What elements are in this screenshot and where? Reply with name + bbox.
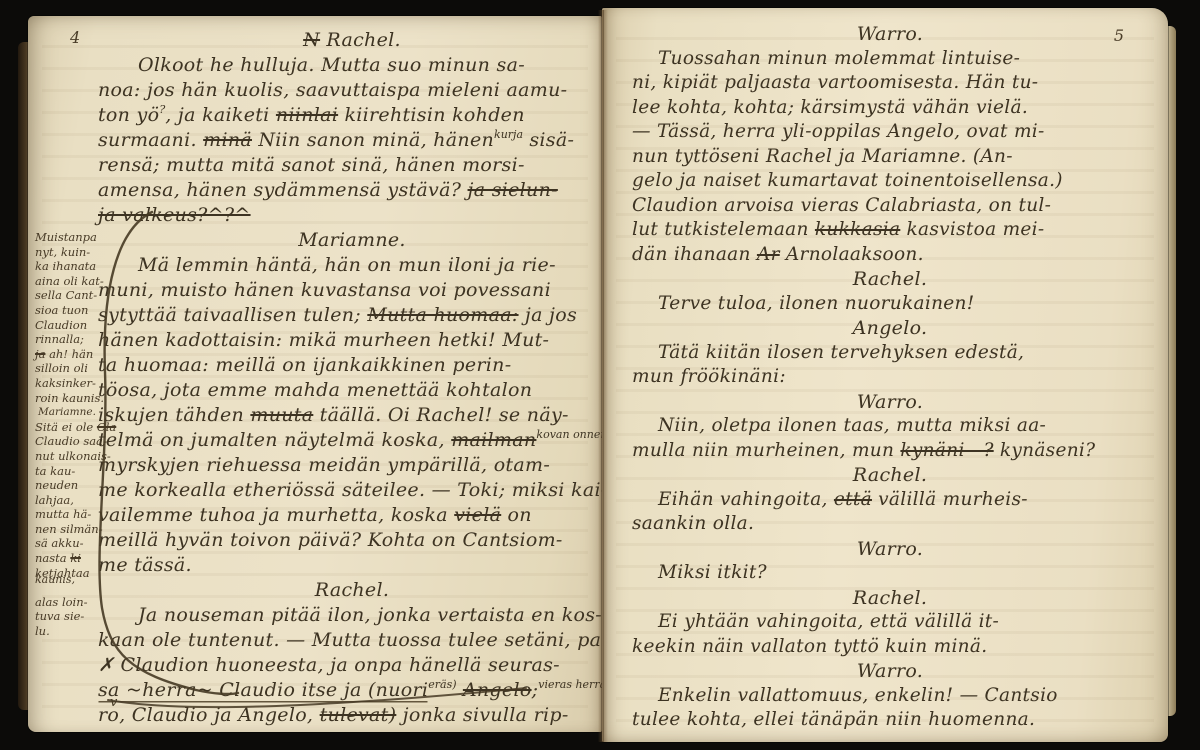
manuscript-text-line: hänen kadottaisin: mikä murheen hetki! M… bbox=[98, 328, 606, 353]
manuscript-text-line: keekin näin vallaton tyttö kuin minä. bbox=[632, 635, 1148, 660]
manuscript-book-scan: 4 Muistanpanyt, kuin-ka ihanataaina oli … bbox=[0, 0, 1200, 750]
margin-note-line: roin kaunis. bbox=[35, 391, 99, 406]
manuscript-text-line: rensä; mutta mitä sanot sinä, hänen mors… bbox=[98, 153, 606, 178]
margin-note-line: kaksinker- bbox=[35, 376, 99, 391]
margin-note-line: lu. bbox=[35, 624, 99, 639]
struck-out-text: kukkasia bbox=[815, 219, 900, 240]
manuscript-text-line: ✗ Claudion huoneesta, ja onpa hänellä se… bbox=[98, 653, 606, 678]
manuscript-text-line: Enkelin vallattomuus, enkelin! — Cantsio bbox=[632, 684, 1148, 709]
manuscript-text-line: Tätä kiitän ilosen tervehyksen edestä, bbox=[632, 341, 1148, 366]
speaker-heading: Angelo. bbox=[632, 316, 1148, 341]
manuscript-text-line: mun fröökinäni: bbox=[632, 365, 1148, 390]
margin-note-line: rinnalla; bbox=[35, 332, 99, 347]
inserted-correction-text: kovan onnen bbox=[536, 428, 607, 441]
struck-out-text: muuta bbox=[250, 404, 313, 426]
speaker-heading: Rachel. bbox=[98, 578, 606, 603]
struck-out-text: että bbox=[834, 489, 872, 510]
manuscript-text-line: Terve tuloa, ilonen nuorukainen! bbox=[632, 292, 1148, 317]
struck-out-text: ja sielun- bbox=[468, 179, 558, 201]
speaker-heading: Warro. bbox=[632, 537, 1148, 562]
struck-out-text: minä bbox=[203, 129, 252, 151]
struck-out-text: niinlai bbox=[276, 104, 338, 126]
manuscript-text-line: myrskyjen riehuessa meidän ympärillä, ot… bbox=[98, 453, 606, 478]
speaker-heading: N Rachel. bbox=[98, 28, 606, 53]
manuscript-text-line: ta huomaa: meillä on ijankaikkinen perin… bbox=[98, 353, 606, 378]
struck-out-text: kynäni—? bbox=[900, 440, 993, 461]
margin-note-line: neuden bbox=[35, 478, 99, 493]
manuscript-text-line: me korkealla etheriössä säteilee. — Toki… bbox=[98, 478, 606, 503]
manuscript-text-line: vailemme tuhoa ja murhetta, koska vielä … bbox=[98, 503, 606, 528]
speaker-heading: Rachel. bbox=[632, 463, 1148, 488]
manuscript-text-line: muni, muisto hänen kuvastansa voi povess… bbox=[98, 278, 606, 303]
manuscript-text-line: Ei yhtään vahingoita, että välillä it- bbox=[632, 610, 1148, 635]
inserted-correction-text: ? bbox=[159, 103, 165, 116]
left-margin-notes: Muistanpanyt, kuin-ka ihanataaina oli ka… bbox=[35, 230, 99, 639]
speaker-heading: Warro. bbox=[632, 390, 1148, 415]
margin-note-line: nut ulkonais- bbox=[35, 449, 99, 464]
manuscript-text-line: Olkoot he hulluja. Mutta suo minun sa- bbox=[98, 53, 606, 78]
manuscript-text-line: me tässä. bbox=[98, 553, 606, 578]
margin-note-line: alas loin- bbox=[35, 595, 99, 610]
manuscript-text-line: telmä on jumalten näytelmä koska, mailma… bbox=[98, 428, 606, 453]
margin-note-line: aina oli kat- bbox=[35, 274, 99, 289]
margin-note-line: lahjaa, bbox=[35, 493, 99, 508]
struck-out-text: ja valkeus?^?^ bbox=[98, 204, 251, 226]
manuscript-text-line: lee kohta, kohta; kärsimystä vähän vielä… bbox=[632, 96, 1148, 121]
margin-note-line: kaunis, bbox=[35, 580, 99, 595]
book-gutter-crease bbox=[598, 10, 608, 742]
manuscript-text-line: ton yö?, ja kaiketi niinlai kiirehtisin … bbox=[98, 103, 606, 128]
speaker-heading: Mariamne. bbox=[98, 228, 606, 253]
speaker-heading: Rachel. bbox=[632, 267, 1148, 292]
margin-note-line: Claudio saa- bbox=[35, 434, 99, 449]
margin-note-line: ta kau- bbox=[35, 464, 99, 479]
manuscript-text-line: sa ~herra~ Claudio itse ja (nuorieräs) A… bbox=[98, 678, 606, 703]
margin-note-line: nyt, kuin- bbox=[35, 245, 99, 260]
manuscript-text-line: ro, Claudio ja Angelo, tulevat) jonka si… bbox=[98, 703, 606, 728]
manuscript-text-line: Niin, oletpa ilonen taas, mutta miksi aa… bbox=[632, 414, 1148, 439]
speaker-heading: Rachel. bbox=[632, 586, 1148, 611]
margin-note-line: sella Cant- bbox=[35, 288, 99, 303]
struck-out-text: Mutta huomaa: bbox=[367, 304, 518, 326]
margin-note-line: nen silmän- bbox=[35, 522, 99, 537]
inserted-correction-text: eräs) bbox=[428, 678, 456, 691]
manuscript-text-line: — Tässä, herra yli-oppilas Angelo, ovat … bbox=[632, 120, 1148, 145]
left-page: 4 Muistanpanyt, kuin-ka ihanataaina oli … bbox=[28, 16, 602, 732]
inserted-correction-text: kurja bbox=[494, 128, 523, 141]
margin-note-line: tuva sie- bbox=[35, 609, 99, 624]
manuscript-text-line: noa: jos hän kuolis, saavuttaispa mielen… bbox=[98, 78, 606, 103]
manuscript-text-line: dän ihanaan Ar Arnolaaksoon. bbox=[632, 243, 1148, 268]
margin-note-line: ja ah! hän bbox=[35, 347, 99, 362]
margin-note-line: Muistanpa bbox=[35, 230, 99, 245]
margin-note-line: Sitä ei ole Cla bbox=[35, 420, 99, 435]
manuscript-text-line: mulla niin murheinen, mun kynäni—? kynäs… bbox=[632, 439, 1148, 464]
struck-out-text: mailman bbox=[451, 429, 536, 451]
struck-out-text: tulevat) bbox=[320, 704, 397, 726]
manuscript-text-line: gelo ja naiset kumartavat toinentoiselle… bbox=[632, 169, 1148, 194]
manuscript-text-line: tulee kohta, ellei tänäpän niin huomenna… bbox=[632, 708, 1148, 733]
speaker-heading: Warro. bbox=[632, 659, 1148, 684]
margin-note-heading: Mariamne. bbox=[35, 405, 99, 420]
struck-out-text: ja bbox=[35, 347, 45, 361]
struck-out-text: vielä bbox=[454, 504, 501, 526]
right-page-text: Warro.Tuossahan minun molemmat lintuise-… bbox=[632, 22, 1148, 733]
margin-note-line: Claudion bbox=[35, 318, 99, 333]
manuscript-text-line: ni, kipiät paljaasta vartoomisesta. Hän … bbox=[632, 71, 1148, 96]
manuscript-text-line: Eihän vahingoita, että välillä murheis- bbox=[632, 488, 1148, 513]
struck-out-text: N bbox=[303, 29, 320, 51]
manuscript-text-line: kaan ole tuntenut. — Mutta tuossa tulee … bbox=[98, 628, 606, 653]
margin-note-line: mutta hä- bbox=[35, 507, 99, 522]
inserted-correction-text: kaunis, bbox=[35, 573, 75, 586]
manuscript-text-line: Claudion arvoisa vieras Calabriasta, on … bbox=[632, 194, 1148, 219]
manuscript-text-line: Miksi itkit? bbox=[632, 561, 1148, 586]
manuscript-text-line: sytyttää taivaallisen tulen; Mutta huoma… bbox=[98, 303, 606, 328]
struck-out-text: Angelo bbox=[463, 679, 532, 701]
manuscript-text-line: nun tyttöseni Rachel ja Mariamne. (An- bbox=[632, 145, 1148, 170]
struck-out-text: ki bbox=[70, 551, 81, 565]
margin-note-line: silloin oli bbox=[35, 361, 99, 376]
right-page: 5 Warro.Tuossahan minun molemmat lintuis… bbox=[602, 8, 1168, 742]
margin-note-line: sioa tuon bbox=[35, 303, 99, 318]
manuscript-text-line: lut tutkistelemaan kukkasia kasvistoa me… bbox=[632, 218, 1148, 243]
margin-note-line: nasta ki bbox=[35, 551, 99, 566]
speaker-heading: Warro. bbox=[632, 22, 1148, 47]
manuscript-text-line: Ja nouseman pitää ilon, jonka vertaista … bbox=[98, 603, 606, 628]
underlined-text: sa ~herra~ Claudio itse ja (nuori bbox=[98, 679, 428, 701]
manuscript-text-line: saankin olla. bbox=[632, 512, 1148, 537]
manuscript-text-line: meillä hyvän toivon päivä? Kohta on Cant… bbox=[98, 528, 606, 553]
margin-note-line: ka ihanata bbox=[35, 259, 99, 274]
margin-note-line: sä akku- bbox=[35, 536, 99, 551]
page-number-left: 4 bbox=[70, 28, 80, 47]
struck-out-text: Ar bbox=[757, 244, 780, 265]
manuscript-text-line: ja valkeus?^?^ bbox=[98, 203, 606, 228]
manuscript-text-line: amensa, hänen sydämmensä ystävä? ja siel… bbox=[98, 178, 606, 203]
manuscript-text-line: Tuossahan minun molemmat lintuise- bbox=[632, 47, 1148, 72]
left-page-text: N Rachel.Olkoot he hulluja. Mutta suo mi… bbox=[98, 28, 606, 728]
manuscript-text-line: iskujen tähden muuta täällä. Oi Rachel! … bbox=[98, 403, 606, 428]
manuscript-text-line: töosa, jota emme mahda menettää kohtalon bbox=[98, 378, 606, 403]
manuscript-text-line: surmaani. minä Niin sanon minä, hänenkur… bbox=[98, 128, 606, 153]
manuscript-text-line: Mä lemmin häntä, hän on mun iloni ja rie… bbox=[98, 253, 606, 278]
